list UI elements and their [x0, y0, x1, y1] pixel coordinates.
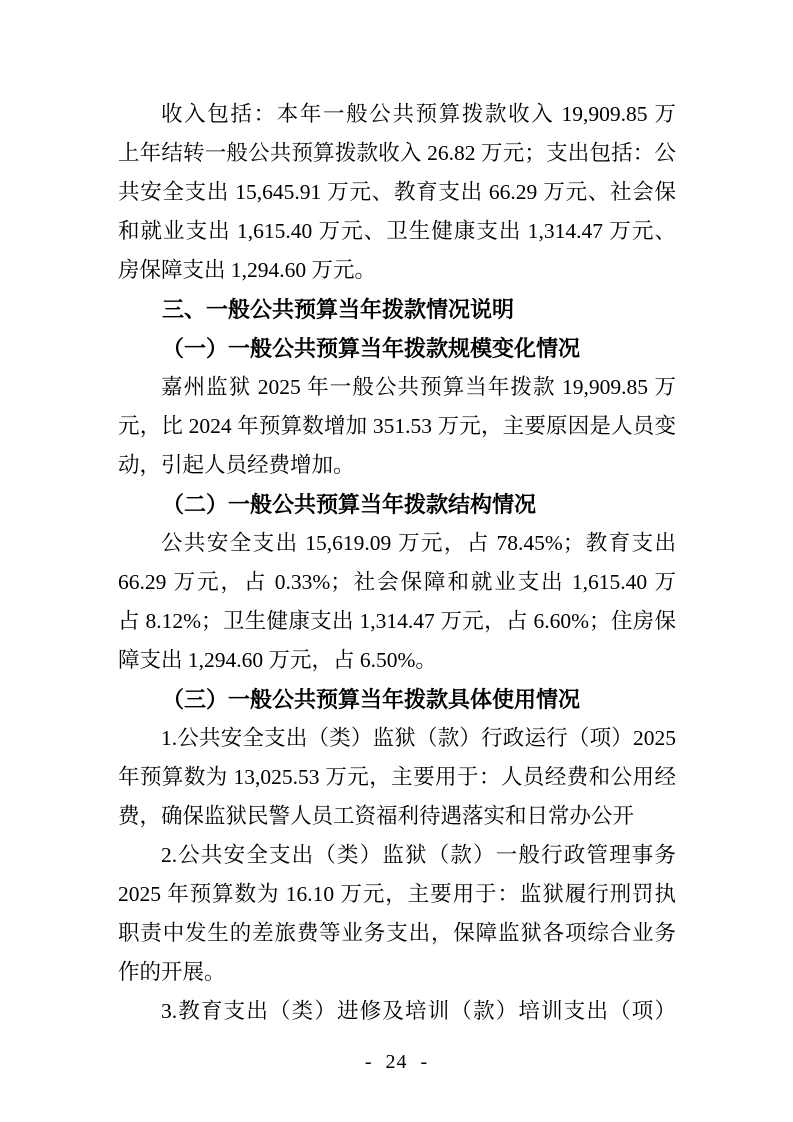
section-heading: 三、一般公共预算当年拨款情况说明 [118, 290, 676, 329]
paragraph-line: 障支出 1,294.60 万元，占 6.50%。 [118, 641, 676, 680]
subsection-heading: （三）一般公共预算当年拨款具体使用情况 [118, 680, 676, 719]
paragraph-line: 作的开展。 [118, 953, 676, 992]
paragraph-line: 职责中发生的差旅费等业务支出，保障监狱各项综合业务工 [118, 914, 676, 953]
document-page: 收入包括：本年一般公共预算拨款收入 19,909.85 万元、 上年结转一般公共… [0, 0, 793, 1122]
paragraph-line: 共安全支出 15,645.91 万元、教育支出 66.29 万元、社会保障 [118, 173, 676, 212]
paragraph-line: 2.公共安全支出（类）监狱（款）一般行政管理事务（项） [118, 836, 676, 875]
paragraph-line: 和就业支出 1,615.40 万元、卫生健康支出 1,314.47 万元、住 [118, 212, 676, 251]
paragraph-line: 公共安全支出 15,619.09 万元，占 78.45%；教育支出 [118, 524, 676, 563]
paragraph-line: 66.29 万元，占 0.33%；社会保障和就业支出 1,615.40 万元， [118, 563, 676, 602]
document-content: 收入包括：本年一般公共预算拨款收入 19,909.85 万元、 上年结转一般公共… [118, 95, 676, 1031]
paragraph-line: 占 8.12%；卫生健康支出 1,314.47 万元，占 6.60%；住房保 [118, 602, 676, 641]
paragraph-line: 上年结转一般公共预算拨款收入 26.82 万元；支出包括：公 [118, 134, 676, 173]
paragraph-line: 收入包括：本年一般公共预算拨款收入 19,909.85 万元、 [118, 95, 676, 134]
subsection-heading: （一）一般公共预算当年拨款规模变化情况 [118, 329, 676, 368]
paragraph-line: 元，比 2024 年预算数增加 351.53 万元，主要原因是人员变 [118, 407, 676, 446]
subsection-heading: （二）一般公共预算当年拨款结构情况 [118, 485, 676, 524]
paragraph-line: 2025 年预算数为 16.10 万元，主要用于：监狱履行刑罚执行 [118, 875, 676, 914]
page-number: - 24 - [0, 1051, 793, 1074]
paragraph-line: 动，引起人员经费增加。 [118, 446, 676, 485]
paragraph-line: 年预算数为 13,025.53 万元，主要用于：人员经费和公用经 [118, 758, 676, 797]
paragraph-line: 1.公共安全支出（类）监狱（款）行政运行（项）2025 [118, 719, 676, 758]
paragraph-line: 嘉州监狱 2025 年一般公共预算当年拨款 19,909.85 万 [118, 368, 676, 407]
paragraph-line: 费，确保监狱民警人员工资福利待遇落实和日常办公开展。 [118, 797, 676, 836]
paragraph-line: 房保障支出 1,294.60 万元。 [118, 251, 676, 290]
paragraph-line: 3.教育支出（类）进修及培训（款）培训支出（项）2025 [118, 992, 676, 1031]
